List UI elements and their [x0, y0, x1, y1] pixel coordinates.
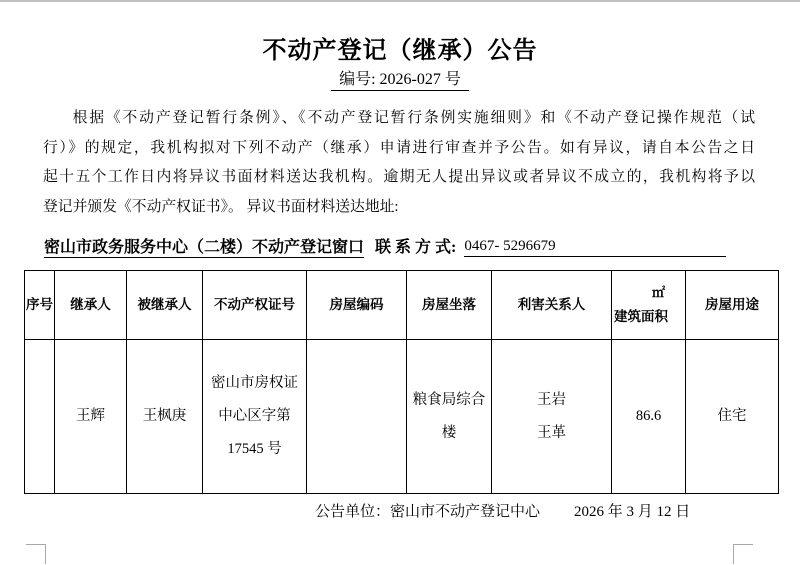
cert-no-line: 中心区字第 [203, 400, 306, 433]
notice-paragraph: 根据《不动产登记暂行条例》、《不动产登记暂行条例实施细则》和《不动产登记操作规范… [43, 104, 755, 222]
cert-no-line: 17545 号 [203, 433, 306, 466]
footer: 公告单位：密山市不动产登记中心2026 年 3 月 12 日 [315, 500, 690, 521]
header-usage: 房屋用途 [686, 271, 779, 340]
paragraph-line: 根据《不动产登记暂行条例》、《不动产登记暂行条例实施细则》和《不动产登记操作规范… [43, 104, 755, 134]
cert-no-line: 密山市房权证 [203, 367, 306, 400]
inheritance-table: 序号 继承人 被继承人 不动产权证号 房屋编码 房屋坐落 利害关系人 ㎡ 建筑面… [24, 270, 779, 494]
header-location: 房屋坐落 [407, 271, 492, 340]
table-row: 王辉 王枫庚 密山市房权证 中心区字第 17545 号 粮食局综合 楼 王岩 王… [25, 340, 779, 494]
paragraph-line: 起十五个工作日内将异议书面材料送达我机构。逾期无人提出异议或者异议不成立的，我机… [43, 163, 755, 193]
delivery-address-line: 密山市政务服务中心（二楼）不动产登记窗口 联 系 方 式: 0467- 5296… [44, 234, 756, 257]
contact-label: 联 系 方 式: [375, 239, 456, 256]
header-built-area: ㎡ 建筑面积 [612, 271, 686, 340]
doc-number-row: 编号: 2026-027 号 [0, 66, 800, 89]
header-cert-no: 不动产权证号 [203, 271, 307, 340]
header-area-label: 建筑面积 [612, 305, 685, 329]
header-heir: 继承人 [55, 271, 127, 340]
location-line: 粮食局综合 [407, 384, 491, 417]
cell-location: 粮食局综合 楼 [407, 340, 492, 494]
header-seq: 序号 [25, 271, 55, 340]
footer-unit: 公告单位：密山市不动产登记中心 [315, 504, 540, 520]
stakeholder-line: 王革 [492, 417, 611, 450]
cell-decedent: 王枫庚 [127, 340, 203, 494]
cell-heir: 王辉 [55, 340, 127, 494]
page-title: 不动产登记（继承）公告 [0, 30, 800, 65]
header-house-code: 房屋编码 [307, 271, 407, 340]
location-line: 楼 [407, 417, 491, 450]
contact-phone: 0467- 5296679 [464, 238, 726, 257]
cell-area: 86.6 [612, 340, 686, 494]
window-top-edge [0, 0, 800, 2]
header-area-unit: ㎡ [612, 281, 685, 305]
table-header-row: 序号 继承人 被继承人 不动产权证号 房屋编码 房屋坐落 利害关系人 ㎡ 建筑面… [25, 271, 779, 340]
cell-seq [25, 340, 55, 494]
cell-house-code [307, 340, 407, 494]
announcement-document: 不动产登记（继承）公告 编号: 2026-027 号 根据《不动产登记暂行条例》… [0, 0, 800, 565]
paragraph-line: 登记并颁发《不动产权证书》。 异议书面材料送达地址: [43, 193, 755, 223]
cell-cert-no: 密山市房权证 中心区字第 17545 号 [203, 340, 307, 494]
doc-number: 编号: 2026-027 号 [331, 71, 469, 91]
cell-stakeholder: 王岩 王革 [492, 340, 612, 494]
paragraph-line: 行）》的规定，我机构拟对下列不动产（继承）申请进行审查并予公告。如有异议，请自本… [43, 134, 755, 164]
cell-usage: 住宅 [686, 340, 779, 494]
footer-date: 2026 年 3 月 12 日 [574, 504, 690, 520]
text-boundary-mark-bottom-left [26, 544, 46, 564]
delivery-address: 密山市政务服务中心（二楼）不动产登记窗口 [44, 239, 364, 258]
header-decedent: 被继承人 [127, 271, 203, 340]
stakeholder-line: 王岩 [492, 384, 611, 417]
text-boundary-mark-bottom-right [733, 544, 753, 564]
header-stakeholder: 利害关系人 [492, 271, 612, 340]
